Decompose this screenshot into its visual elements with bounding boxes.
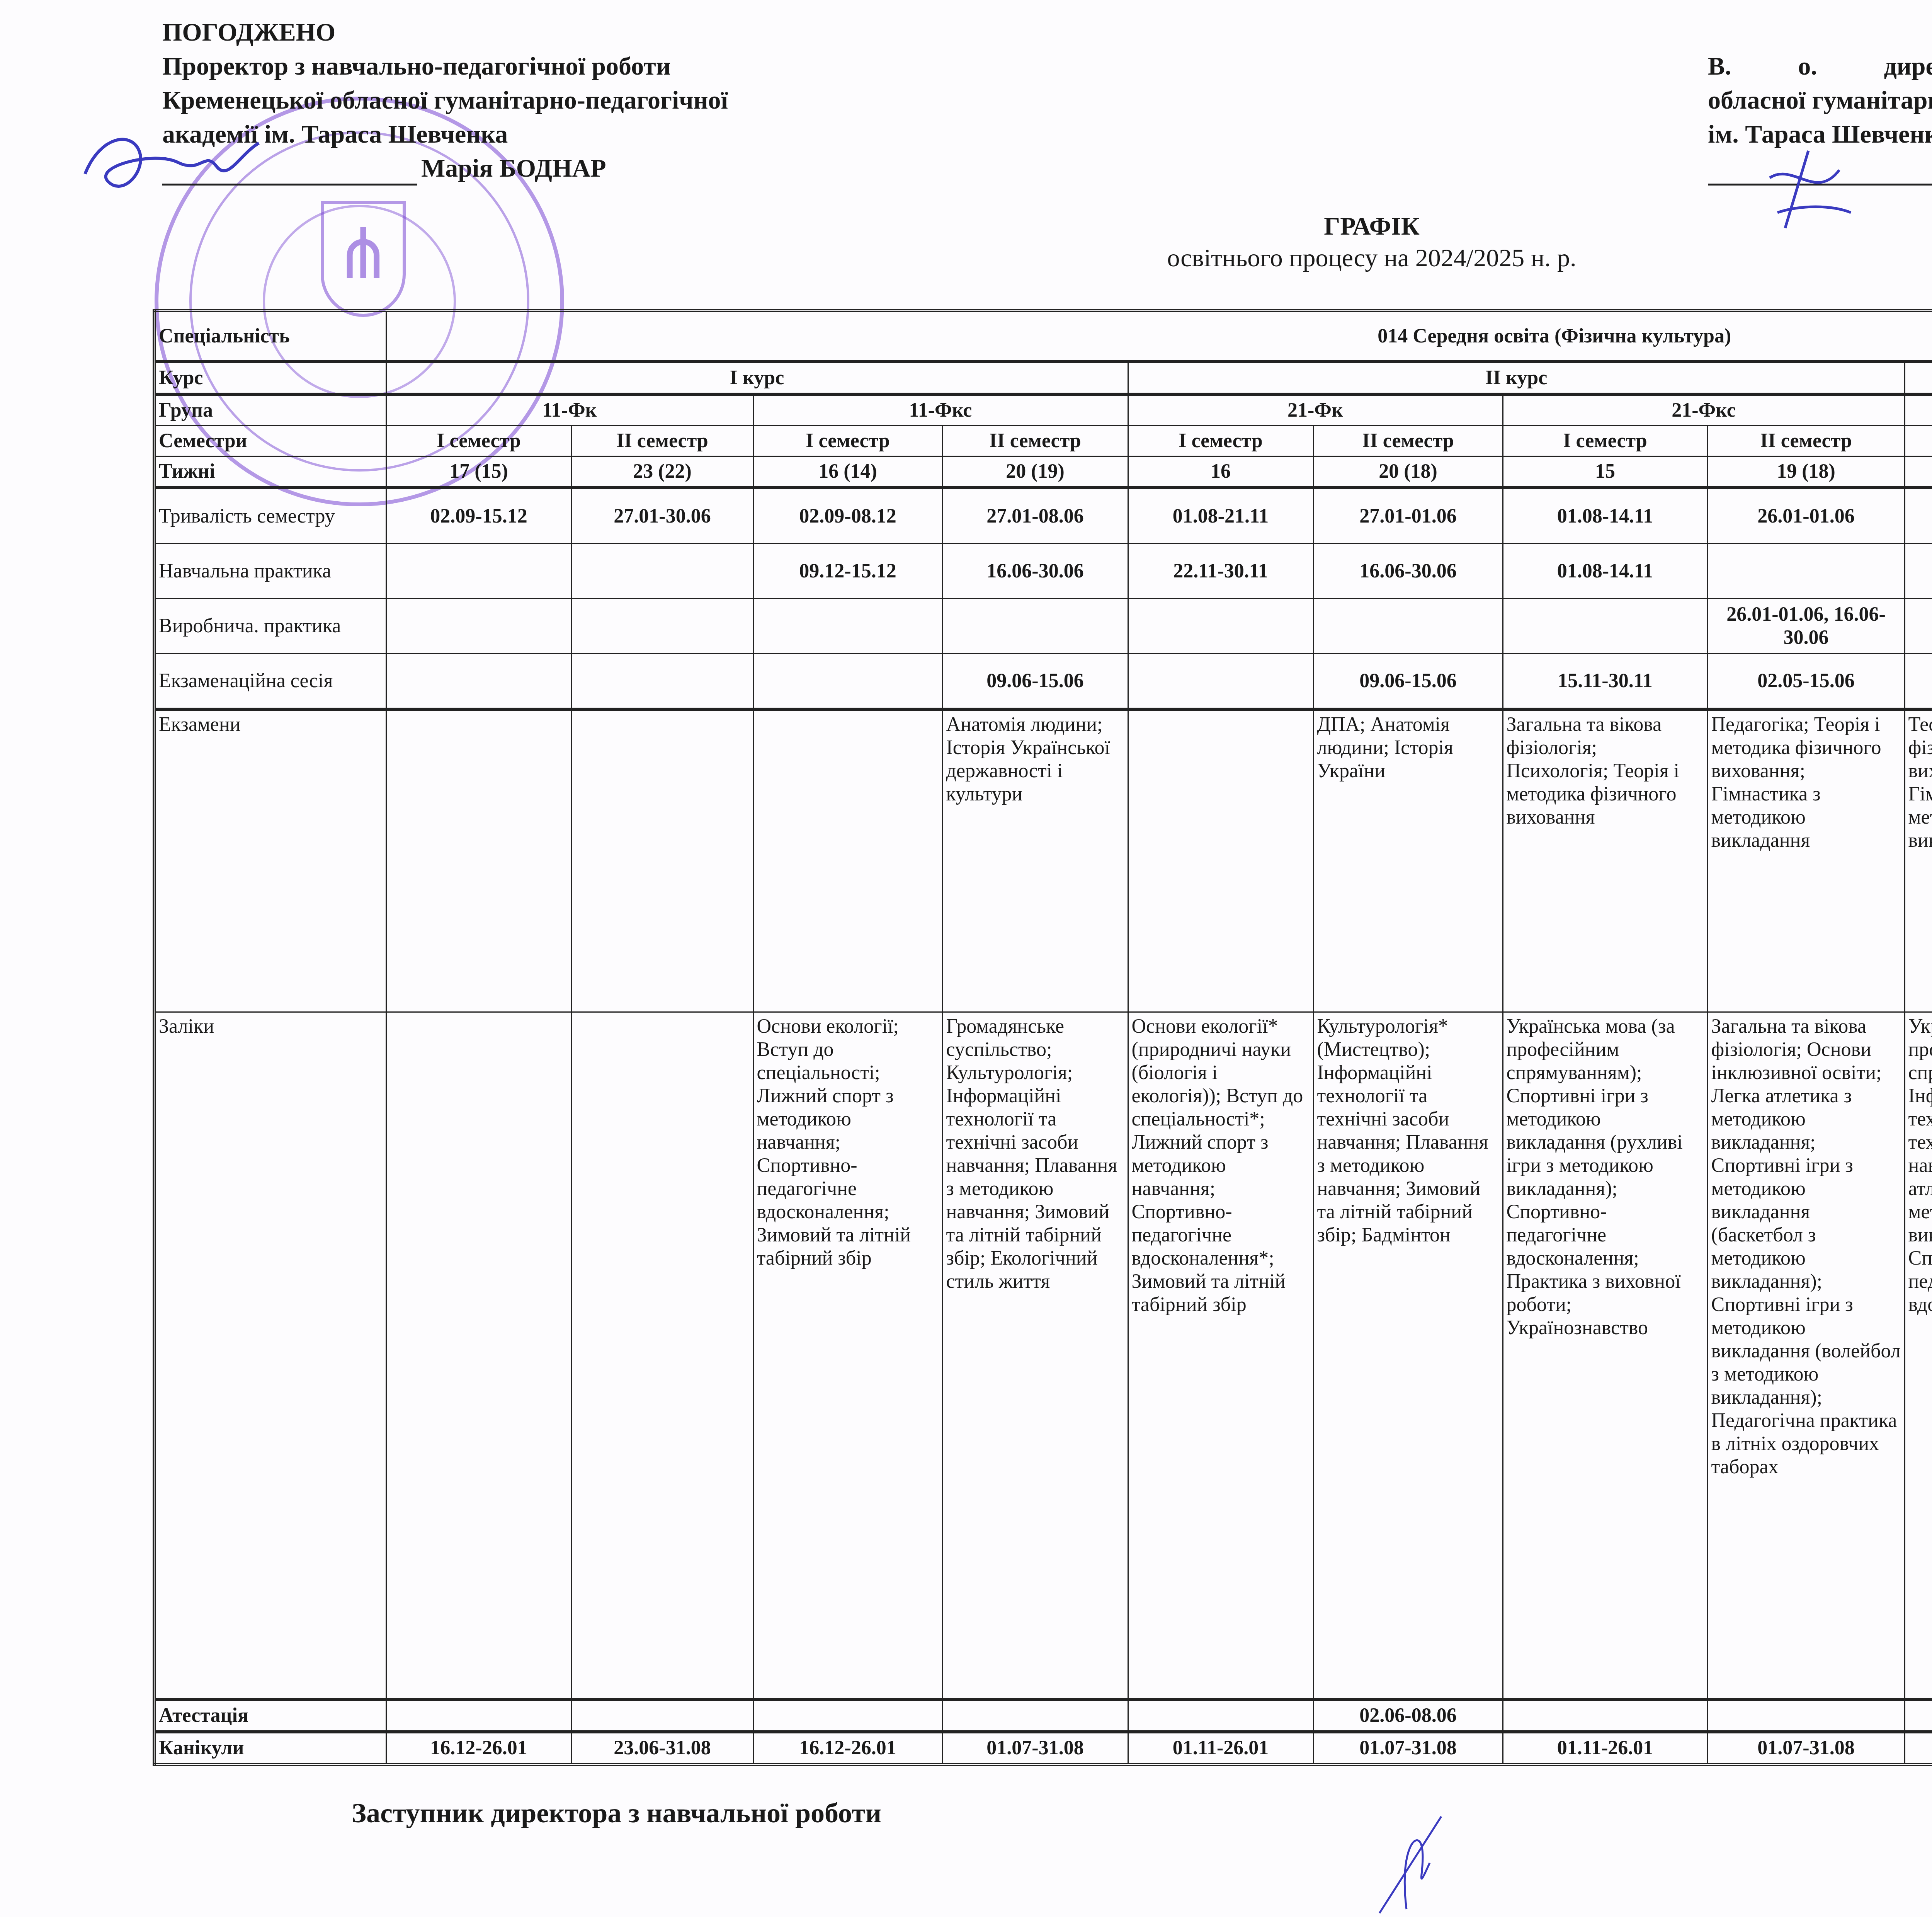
prod-practice-cell bbox=[1128, 599, 1313, 654]
approval-right-line: обласної гуманітарно-педагогічної академ… bbox=[1708, 83, 1932, 117]
group-header: 11-Фк bbox=[386, 394, 753, 426]
duration-cell: 02.09-15.12 bbox=[386, 488, 571, 544]
weeks-label: Тижні bbox=[154, 456, 386, 488]
approval-left: ПОГОДЖЕНО Проректор з навчально-педагогі… bbox=[162, 15, 935, 186]
exam-session-cell: 09.06-15.06 bbox=[1313, 654, 1503, 710]
credits-cell: Основи екології* (природничі науки (біол… bbox=[1128, 1012, 1313, 1700]
duration-cell: 02.09-08.12 bbox=[753, 488, 942, 544]
credits-cell bbox=[571, 1012, 753, 1700]
attestation-cell bbox=[1503, 1699, 1708, 1732]
signature-footer-icon bbox=[1376, 1770, 1453, 1917]
prod-practice-cell bbox=[571, 599, 753, 654]
prod-practice-cell bbox=[1503, 599, 1708, 654]
semesters-cell: І семестр bbox=[753, 426, 942, 456]
weeks-cell: 16 bbox=[1128, 456, 1313, 488]
approval-left-heading: ПОГОДЖЕНО bbox=[162, 15, 935, 49]
course-row: Курс І курс ІІ курс ІІІ курс ІV курс bbox=[154, 362, 1932, 394]
exams-row: Екзамени Анатомія людини; Історія Україн… bbox=[154, 709, 1932, 1012]
holidays-cell: 01.11-26.01 bbox=[1905, 1732, 1932, 1764]
edu-practice-cell bbox=[571, 544, 753, 599]
credits-cell: Культурологія* (Мистецтво); Інформаційні… bbox=[1313, 1012, 1503, 1700]
exams-cell bbox=[386, 709, 571, 1012]
holidays-cell: 16.12-26.01 bbox=[386, 1732, 571, 1764]
specialty-label: Спеціальність bbox=[154, 311, 386, 362]
weeks-cell: 20 (18) bbox=[1313, 456, 1503, 488]
document-title: ГРАФІК освітнього процесу на 2024/2025 н… bbox=[773, 211, 1932, 274]
exams-cell: Анатомія людини; Історія Української дер… bbox=[942, 709, 1128, 1012]
semesters-cell: І семестр bbox=[1503, 426, 1708, 456]
approval-right-line: ім. Тараса Шевченка bbox=[1708, 117, 1932, 152]
group-header: 11-Фкс bbox=[753, 394, 1128, 426]
duration-cell: 01.08-14.11 bbox=[1503, 488, 1708, 544]
duration-label: Тривалість семестру bbox=[154, 488, 386, 544]
attestation-label: Атестація bbox=[154, 1699, 386, 1732]
duration-row: Тривалість семестру 02.09-15.1227.01-30.… bbox=[154, 488, 1932, 544]
edu-practice-cell: 01.08-14.11 bbox=[1503, 544, 1708, 599]
approval-right: ЗАТВЕРДЖУЮ В. о. директора Фахового коле… bbox=[1708, 15, 1932, 186]
weeks-cell: 15 bbox=[1905, 456, 1932, 488]
edu-practice-cell: 01.08-14.11 bbox=[1905, 544, 1932, 599]
holidays-cell: 01.07-31.08 bbox=[942, 1732, 1128, 1764]
prod-practice-cell bbox=[1313, 599, 1503, 654]
semesters-cell: ІІ семестр bbox=[942, 426, 1128, 456]
duration-cell: 01.08-21.11 bbox=[1128, 488, 1313, 544]
prod-practice-cell: 26.01-01.06, 16.06-30.06 bbox=[1708, 599, 1905, 654]
attestation-cell bbox=[1708, 1699, 1905, 1732]
edu-practice-cell bbox=[386, 544, 571, 599]
semesters-cell: ІІ семестр bbox=[1313, 426, 1503, 456]
prod-practice-cell bbox=[386, 599, 571, 654]
edu-practice-cell: 09.12-15.12 bbox=[753, 544, 942, 599]
prod-practice-cell bbox=[753, 599, 942, 654]
group-row: Група 11-Фк 11-Фкс 21-Фк 21-Фкс 31-Фк 41… bbox=[154, 394, 1932, 426]
credits-cell: Українська мова (за професійним спрямува… bbox=[1905, 1012, 1932, 1700]
approval-left-line: Проректор з навчально-педагогічної робот… bbox=[162, 49, 935, 83]
edu-practice-cell: 22.11-30.11 bbox=[1128, 544, 1313, 599]
specialty-row: Спеціальність 014 Середня освіта (Фізичн… bbox=[154, 311, 1932, 362]
edu-practice-row: Навчальна практика 09.12-15.1216.06-30.0… bbox=[154, 544, 1932, 599]
group-header: 31-Фк bbox=[1905, 394, 1932, 426]
attestation-cell bbox=[753, 1699, 942, 1732]
duration-cell: 01.08-14.11 bbox=[1905, 488, 1932, 544]
group-header: 21-Фкс bbox=[1503, 394, 1905, 426]
prod-practice-cell bbox=[1905, 599, 1932, 654]
weeks-cell: 19 (18) bbox=[1708, 456, 1905, 488]
course-header: ІІІ курс bbox=[1905, 362, 1932, 394]
holidays-cell: 01.11-26.01 bbox=[1128, 1732, 1313, 1764]
prod-practice-row: Виробнича. практика 26.01-01.06, 16.06-3… bbox=[154, 599, 1932, 654]
exam-session-cell bbox=[753, 654, 942, 710]
approval-left-line: Кременецької обласної гуманітарно-педаго… bbox=[162, 83, 935, 117]
credits-label: Заліки bbox=[154, 1012, 386, 1700]
holidays-cell: 23.06-31.08 bbox=[571, 1732, 753, 1764]
holidays-cell: 16.12-26.01 bbox=[753, 1732, 942, 1764]
holidays-label: Канікули bbox=[154, 1732, 386, 1764]
group-header: 21-Фк bbox=[1128, 394, 1503, 426]
semesters-row: Семестри І семестрІІ семестрІ семестрІІ … bbox=[154, 426, 1932, 456]
edu-practice-label: Навчальна практика bbox=[154, 544, 386, 599]
approval-right-heading: ЗАТВЕРДЖУЮ bbox=[1708, 15, 1932, 49]
signature-line bbox=[1708, 160, 1932, 186]
course-header: ІІ курс bbox=[1128, 362, 1905, 394]
duration-cell: 27.01-30.06 bbox=[571, 488, 753, 544]
exam-session-cell: 15.11-30.11 bbox=[1905, 654, 1932, 710]
exam-session-cell: 09.06-15.06 bbox=[942, 654, 1128, 710]
attestation-row: Атестація 02.06-08.0616.06-30.06 bbox=[154, 1699, 1932, 1732]
exam-session-cell bbox=[1128, 654, 1313, 710]
title-sub: освітнього процесу на 2024/2025 н. р. bbox=[773, 242, 1932, 274]
course-header: І курс bbox=[386, 362, 1128, 394]
credits-cell bbox=[386, 1012, 571, 1700]
weeks-cell: 17 (15) bbox=[386, 456, 571, 488]
signature-line bbox=[162, 160, 417, 186]
credits-cell: Громадянське суспільство; Культурологія;… bbox=[942, 1012, 1128, 1700]
semesters-cell: І семестр bbox=[1128, 426, 1313, 456]
exams-label: Екзамени bbox=[154, 709, 386, 1012]
exam-session-cell bbox=[571, 654, 753, 710]
course-label: Курс bbox=[154, 362, 386, 394]
credits-row: Заліки Основи екології; Вступ до спеціал… bbox=[154, 1012, 1932, 1700]
edu-practice-cell: 16.06-30.06 bbox=[1313, 544, 1503, 599]
exams-cell bbox=[571, 709, 753, 1012]
trident-emblem-icon: ⋔ bbox=[321, 201, 406, 317]
attestation-cell bbox=[386, 1699, 571, 1732]
weeks-cell: 23 (22) bbox=[571, 456, 753, 488]
holidays-cell: 01.07-31.08 bbox=[1708, 1732, 1905, 1764]
weeks-cell: 20 (19) bbox=[942, 456, 1128, 488]
exams-cell bbox=[753, 709, 942, 1012]
exam-session-label: Екзаменаційна сесія bbox=[154, 654, 386, 710]
footer-position: Заступник директора з навчальної роботи bbox=[352, 1797, 881, 1829]
exams-cell: Педагогіка; Теорія і методика фізичного … bbox=[1708, 709, 1905, 1012]
attestation-cell bbox=[1128, 1699, 1313, 1732]
exam-session-cell bbox=[386, 654, 571, 710]
exams-cell: Загальна та вікова фізіологія; Психологі… bbox=[1503, 709, 1708, 1012]
specialty-value: 014 Середня освіта (Фізична культура) bbox=[386, 311, 1932, 362]
title-main: ГРАФІК bbox=[773, 211, 1932, 242]
exam-session-cell: 02.05-15.06 bbox=[1708, 654, 1905, 710]
exams-cell bbox=[1128, 709, 1313, 1012]
attestation-cell bbox=[571, 1699, 753, 1732]
duration-cell: 27.01-08.06 bbox=[942, 488, 1128, 544]
exams-cell: Теорія і методика фізичного виховання; Г… bbox=[1905, 709, 1932, 1012]
approval-right-line: В. о. директора Фахового коледжу Кремене… bbox=[1708, 49, 1932, 83]
weeks-row: Тижні 17 (15)23 (22)16 (14)20 (19)1620 (… bbox=[154, 456, 1932, 488]
holidays-cell: 01.07-31.08 bbox=[1313, 1732, 1503, 1764]
attestation-cell: 02.06-08.06 bbox=[1313, 1699, 1503, 1732]
attestation-cell bbox=[1905, 1699, 1932, 1732]
schedule-table: Спеціальність 014 Середня освіта (Фізичн… bbox=[153, 309, 1932, 1766]
weeks-cell: 16 (14) bbox=[753, 456, 942, 488]
credits-cell: Українська мова (за професійним спрямува… bbox=[1503, 1012, 1708, 1700]
prod-practice-cell bbox=[942, 599, 1128, 654]
exam-session-row: Екзаменаційна сесія 09.06-15.0609.06-15.… bbox=[154, 654, 1932, 710]
semesters-cell: ІІ семестр bbox=[571, 426, 753, 456]
holidays-row: Канікули 16.12-26.0123.06-31.0816.12-26.… bbox=[154, 1732, 1932, 1764]
weeks-cell: 15 bbox=[1503, 456, 1708, 488]
exam-session-cell: 15.11-30.11 bbox=[1503, 654, 1708, 710]
duration-cell: 26.01-01.06 bbox=[1708, 488, 1905, 544]
group-label: Група bbox=[154, 394, 386, 426]
attestation-cell bbox=[942, 1699, 1128, 1732]
semesters-cell: І семестр bbox=[386, 426, 571, 456]
approval-left-line: академії ім. Тараса Шевченка bbox=[162, 117, 935, 152]
edu-practice-cell bbox=[1708, 544, 1905, 599]
semesters-cell: І семестр bbox=[1905, 426, 1932, 456]
exams-cell: ДПА; Анатомія людини; Історія України bbox=[1313, 709, 1503, 1012]
holidays-cell: 01.11-26.01 bbox=[1503, 1732, 1708, 1764]
edu-practice-cell: 16.06-30.06 bbox=[942, 544, 1128, 599]
semesters-label: Семестри bbox=[154, 426, 386, 456]
credits-cell: Загальна та вікова фізіологія; Основи ін… bbox=[1708, 1012, 1905, 1700]
semesters-cell: ІІ семестр bbox=[1708, 426, 1905, 456]
approval-left-name: Марія БОДНАР bbox=[421, 154, 606, 182]
duration-cell: 27.01-01.06 bbox=[1313, 488, 1503, 544]
credits-cell: Основи екології; Вступ до спеціальності;… bbox=[753, 1012, 942, 1700]
prod-practice-label: Виробнича. практика bbox=[154, 599, 386, 654]
